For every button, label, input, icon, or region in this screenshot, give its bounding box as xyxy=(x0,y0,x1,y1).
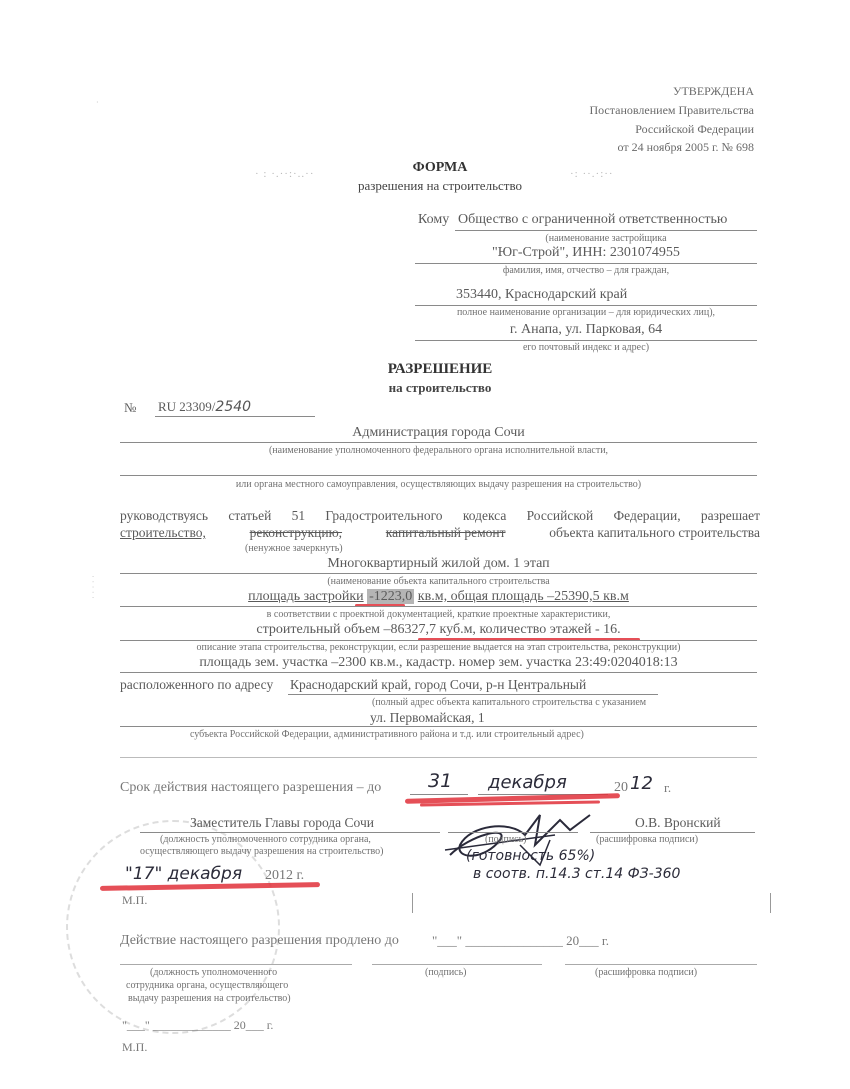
field-underline xyxy=(155,416,315,417)
signer-position-caption: (должность уполномоченного сотрудника ор… xyxy=(160,834,371,845)
floors-text: количество этажей - 16. xyxy=(479,622,620,637)
recipient-name-line2: "Юг-Строй", ИНН: 2301074955 xyxy=(415,245,757,261)
field-underline xyxy=(455,230,757,231)
field-underline xyxy=(120,726,757,727)
object-caption: (наименование объекта капитального строи… xyxy=(120,576,757,587)
address-caption: (полный адрес объекта капитального строи… xyxy=(372,697,646,708)
stage-caption: описание этапа строительства, реконструк… xyxy=(120,642,757,653)
scan-mark xyxy=(770,893,771,913)
validity-label: Срок действия настоящего разрешения – до xyxy=(120,780,381,796)
field-underline xyxy=(120,640,757,641)
scan-mark xyxy=(412,893,413,913)
validity-day: 31 xyxy=(428,770,452,792)
permit-number-label: № xyxy=(124,400,136,416)
area-suffix: кв.м, общая площадь –25390,5 кв.м xyxy=(418,589,629,604)
approval-title: УТВЕРЖДЕНА xyxy=(673,84,754,99)
area-line: площадь застройки -1223,0 кв.м, общая пл… xyxy=(120,589,757,605)
issuer-name: Администрация города Сочи xyxy=(120,425,757,441)
issuer-caption: или органа местного самоуправления, осущ… xyxy=(120,479,757,490)
object-name: Многоквартирный жилой дом. 1 этап xyxy=(120,556,757,572)
volume-text: строительный объем –86327,7 куб.м, xyxy=(256,622,479,637)
strike-caption: (ненужное зачеркнуть) xyxy=(245,543,343,554)
recipient-label: Кому xyxy=(418,212,449,228)
recipient-caption: его почтовый индекс и адрес) xyxy=(415,342,757,353)
scan-noise: · · · · · xyxy=(88,575,98,599)
signer-position-caption: осуществляющего выдачу разрешения на стр… xyxy=(140,846,383,857)
extension-label: Действие настоящего разрешения продлено … xyxy=(120,933,399,949)
stamp-label: М.П. xyxy=(122,893,147,908)
extension-stamp-label: М.П. xyxy=(122,1040,147,1055)
field-underline xyxy=(288,694,658,695)
land-line: площадь зем. участка –2300 кв.м., кадаст… xyxy=(120,655,757,671)
field-underline xyxy=(415,263,757,264)
approval-line: Российской Федерации xyxy=(635,122,754,137)
field-underline xyxy=(120,475,757,476)
extension-sign-caption: (подпись) xyxy=(425,967,467,978)
field-underline xyxy=(140,832,440,833)
recipient-caption: (наименование застройщика xyxy=(455,233,757,244)
address-line2: ул. Первомайская, 1 xyxy=(370,710,485,726)
recipient-address-line2: г. Анапа, ул. Парковая, 64 xyxy=(415,322,757,338)
option-construction: строительство, xyxy=(120,525,206,541)
issuer-caption: (наименование уполномоченного федерально… xyxy=(120,445,757,456)
field-underline xyxy=(372,964,542,965)
signer-name: О.В. Вронский xyxy=(635,815,721,831)
address-caption: субъекта Российской Федерации, администр… xyxy=(190,729,584,740)
field-underline xyxy=(415,340,757,341)
extension-date-line: "___" _____________ 20___ г. xyxy=(122,1018,273,1033)
specs-caption: в соответствии с проектной документацией… xyxy=(120,609,757,620)
extension-caption: сотрудника органа, осуществляющего xyxy=(126,980,288,991)
permit-number-printed: RU 23309/ xyxy=(158,399,215,414)
area-value-highlighted: -1223,0 xyxy=(367,589,414,604)
recipient-caption: фамилия, имя, отчество – для граждан, xyxy=(415,265,757,276)
option-capital-repair: капитальный ремонт xyxy=(386,525,506,541)
body-line1: руководствуясь статьей 51 Градостроитель… xyxy=(120,508,760,524)
field-underline xyxy=(120,573,757,574)
field-underline xyxy=(448,832,578,833)
extension-name-caption: (расшифровка подписи) xyxy=(595,967,697,978)
address-label: расположенного по адресу xyxy=(120,677,273,693)
form-subtitle: разрешения на строительство xyxy=(0,178,850,194)
permit-number: RU 23309/2540 xyxy=(158,399,251,415)
field-underline xyxy=(120,442,757,443)
extension-caption: (должность уполномоченного xyxy=(150,967,277,978)
body-line2: строительство, реконструкцию, капитальны… xyxy=(120,525,760,541)
body-line2-tail: объекта капитального строительства xyxy=(549,525,760,541)
field-underline xyxy=(120,672,757,673)
approval-date: от 24 ноября 2005 г. № 698 xyxy=(618,140,754,155)
issue-date: "17" декабря xyxy=(125,864,242,884)
recipient-address-line1: 353440, Краснодарский край xyxy=(456,287,627,303)
field-underline xyxy=(120,757,757,758)
scan-noise: · xyxy=(96,98,99,107)
form-title: ФОРМА xyxy=(0,160,850,176)
sign-caption: (подпись) xyxy=(485,834,527,845)
option-reconstruction: реконструкцию, xyxy=(250,525,342,541)
permit-number-handwritten: 2540 xyxy=(215,399,251,415)
handwritten-note: (готовность 65%) xyxy=(466,848,595,864)
field-underline xyxy=(120,606,757,607)
extension-caption: выдачу разрешения на строительство) xyxy=(128,993,291,1004)
volume-line: строительный объем –86327,7 куб.м, колич… xyxy=(120,622,757,638)
permit-title: РАЗРЕШЕНИЕ xyxy=(0,361,850,378)
handwritten-note: в соотв. п.14.3 ст.14 ФЗ-360 xyxy=(473,866,680,882)
field-underline xyxy=(415,305,757,306)
field-underline xyxy=(410,794,468,795)
field-underline xyxy=(590,832,755,833)
validity-year: 12 xyxy=(630,773,653,794)
validity-month: декабря xyxy=(488,772,567,793)
field-underline xyxy=(565,964,757,965)
recipient-caption: полное наименование организации – для юр… xyxy=(415,307,757,318)
recipient-name-line1: Общество с ограниченной ответственностью xyxy=(458,212,727,228)
extension-date-blank: "___" _______________ 20___ г. xyxy=(432,933,609,949)
area-prefix: площадь застройки xyxy=(248,589,364,604)
permit-subtitle: на строительство xyxy=(0,380,850,396)
validity-year-end: г. xyxy=(664,780,671,796)
signer-position: Заместитель Главы города Сочи xyxy=(190,815,374,831)
signer-name-caption: (расшифровка подписи) xyxy=(596,834,698,845)
field-underline xyxy=(120,964,352,965)
address-line1: Краснодарский край, город Сочи, р-н Цент… xyxy=(290,677,586,693)
approval-line: Постановлением Правительства xyxy=(589,103,754,118)
